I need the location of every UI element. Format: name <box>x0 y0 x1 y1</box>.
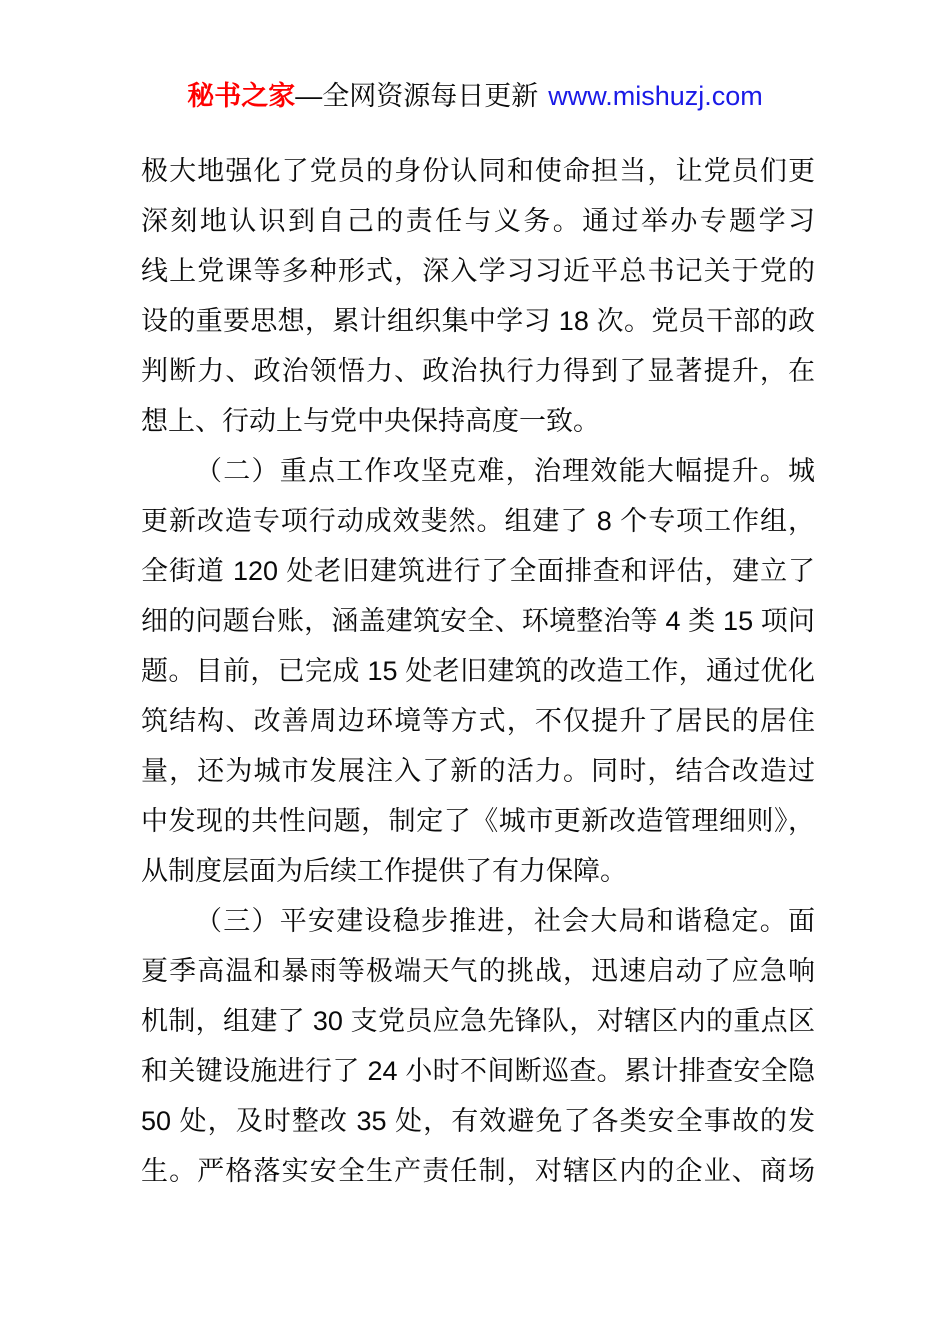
document-body: 极大地强化了党员的身份认同和使命担当，让党员们更加深刻地认识到自己的责任与义务。… <box>141 146 815 1196</box>
text-line: 机制，组建了 30 支党员应急先锋队，对辖区内的重点区域 <box>141 996 815 1046</box>
text-line: 50 处，及时整改 35 处，有效避免了各类安全事故的发 <box>141 1096 815 1146</box>
site-tagline: —全网资源每日更新 <box>295 81 538 111</box>
text-line: （二）重点工作攻坚克难，治理效能大幅提升。城市 <box>141 446 815 496</box>
site-header: 秘书之家—全网资源每日更新www.mishuzj.com <box>0 76 950 116</box>
text-line: 和关键设施进行了 24 小时不间断巡查。累计排查安全隐患 <box>141 1046 815 1096</box>
document-page: 秘书之家—全网资源每日更新www.mishuzj.com 极大地强化了党员的身份… <box>0 0 950 1344</box>
text-line: 生。严格落实安全生产责任制，对辖区内的企业、商场等 <box>141 1146 815 1196</box>
text-line: 题。目前，已完成 15 处老旧建筑的改造工作，通过优化建 <box>141 646 815 696</box>
site-url[interactable]: www.mishuzj.com <box>548 81 763 111</box>
text-line: 更新改造专项行动成效斐然。组建了 8 个专项工作组，对 <box>141 496 815 546</box>
text-line: 线上党课等多种形式，深入学习习近平总书记关于党的建 <box>141 246 815 296</box>
text-line: 筑结构、改善周边环境等方式，不仅提升了居民的居住质 <box>141 696 815 746</box>
text-line: 中发现的共性问题，制定了《城市更新改造管理细则》， <box>141 796 815 846</box>
site-brand: 秘书之家 <box>187 81 295 111</box>
text-line: 量，还为城市发展注入了新的活力。同时，结合改造过程 <box>141 746 815 796</box>
text-line: 深刻地认识到自己的责任与义务。通过举办专题学习会、 <box>141 196 815 246</box>
text-line: 极大地强化了党员的身份认同和使命担当，让党员们更加 <box>141 146 815 196</box>
text-line: 判断力、政治领悟力、政治执行力得到了显著提升，在思 <box>141 346 815 396</box>
text-line: 设的重要思想，累计组织集中学习 18 次。党员干部的政治 <box>141 296 815 346</box>
text-line: 从制度层面为后续工作提供了有力保障。 <box>141 846 815 896</box>
text-line: 全街道 120 处老旧建筑进行了全面排查和评估，建立了详 <box>141 546 815 596</box>
text-line: 想上、行动上与党中央保持高度一致。 <box>141 396 815 446</box>
text-line: 细的问题台账，涵盖建筑安全、环境整治等 4 类 15 项问 <box>141 596 815 646</box>
text-line: （三）平安建设稳步推进，社会大局和谐稳定。面对 <box>141 896 815 946</box>
text-line: 夏季高温和暴雨等极端天气的挑战，迅速启动了应急响应 <box>141 946 815 996</box>
